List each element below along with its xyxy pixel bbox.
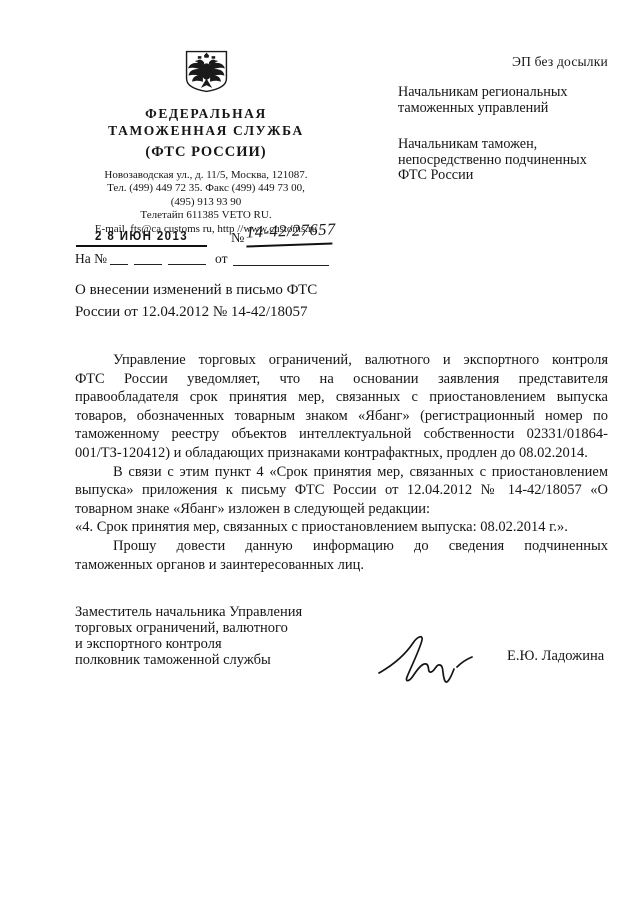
body-line: товарном знаке «Ябанг» изложен в следующ… <box>75 500 608 519</box>
coat-of-arms-icon <box>184 50 229 93</box>
signer-position-line: и экспортного контроля <box>75 637 302 653</box>
signature-scribble <box>374 627 476 685</box>
body-line: товаров, обозначенных товарным знаком «Я… <box>75 407 608 426</box>
body-line: «4. Срок принятия мер, связанных с приос… <box>75 518 608 537</box>
recipient-line: таможенных управлений <box>398 101 628 117</box>
body-line: Прошу довести данную информацию до сведе… <box>75 537 608 556</box>
recipient-block-regional: Начальникам региональных таможенных упра… <box>398 85 628 116</box>
signer-position-line: Заместитель начальника Управления <box>75 605 302 621</box>
date-stamp: 2 8 ИЮН 2013 <box>95 229 188 243</box>
body-line: 001/ТЗ-120412) и обладающих признаками к… <box>75 444 608 463</box>
recipient-line: непосредственно подчиненных <box>398 153 628 169</box>
body-line: В связи с этим пункт 4 «Срок принятия ме… <box>75 463 608 482</box>
date-stamp-field: 2 8 ИЮН 2013 <box>76 227 207 247</box>
body-line: таможенному реестру объектов интеллектуа… <box>75 425 608 444</box>
subject-line: О внесении изменений в письмо ФТС <box>75 280 317 302</box>
recipient-line: Начальникам таможен, <box>398 137 628 153</box>
body-line: правообладателя срок принятия мер, связа… <box>75 388 608 407</box>
signer-name: Е.Ю. Ладожина <box>507 648 604 665</box>
letterhead: ФЕДЕРАЛЬНАЯ ТАМОЖЕННАЯ СЛУЖБА (ФТС РОССИ… <box>57 50 355 236</box>
delivery-note: ЭП без досылки <box>512 54 608 70</box>
subject: О внесении изменений в письмо ФТС России… <box>75 280 317 323</box>
document-page: ЭП без досылки ФЕДЕ <box>0 0 640 905</box>
reply-from-label: от <box>215 251 227 267</box>
org-short-name: (ФТС РОССИИ) <box>57 144 355 161</box>
address-line: (495) 913 93 90 <box>57 196 355 209</box>
signer-position: Заместитель начальника Управления торгов… <box>75 605 302 669</box>
org-name-line: ТАМОЖЕННАЯ СЛУЖБА <box>57 123 355 140</box>
body-line: ФТС России уведомляет, что на основании … <box>75 370 608 389</box>
body-text: Управление торговых ограничений, валютно… <box>75 351 608 574</box>
reply-from-blank-line <box>233 251 329 266</box>
signer-position-line: торговых ограничений, валютного <box>75 621 302 637</box>
number-label: № <box>231 231 244 247</box>
outgoing-number-handwritten: 14-42/27657 <box>246 220 333 248</box>
recipient-block-customs: Начальникам таможен, непосредственно под… <box>398 137 628 184</box>
recipients: Начальникам региональных таможенных упра… <box>398 85 628 205</box>
org-name: ФЕДЕРАЛЬНАЯ ТАМОЖЕННАЯ СЛУЖБА <box>57 106 355 139</box>
address-line: Тел. (499) 449 72 35. Факс (499) 449 73 … <box>57 182 355 195</box>
subject-line: России от 12.04.2012 № 14-42/18057 <box>75 302 317 324</box>
body-line: Управление торговых ограничений, валютно… <box>75 351 608 370</box>
signer-position-line: полковник таможенной службы <box>75 653 302 669</box>
recipient-line: Начальникам региональных <box>398 85 628 101</box>
recipient-line: ФТС России <box>398 168 628 184</box>
org-name-line: ФЕДЕРАЛЬНАЯ <box>57 106 355 123</box>
address-line: Новозаводская ул., д. 11/5, Москва, 1210… <box>57 169 355 182</box>
body-line: таможенных органов и заинтересованных ли… <box>75 556 608 575</box>
reply-number-blank-line <box>110 251 206 265</box>
reply-number-label: На № <box>75 251 107 267</box>
body-line: выпуска» приложения к письму ФТС России … <box>75 481 608 500</box>
